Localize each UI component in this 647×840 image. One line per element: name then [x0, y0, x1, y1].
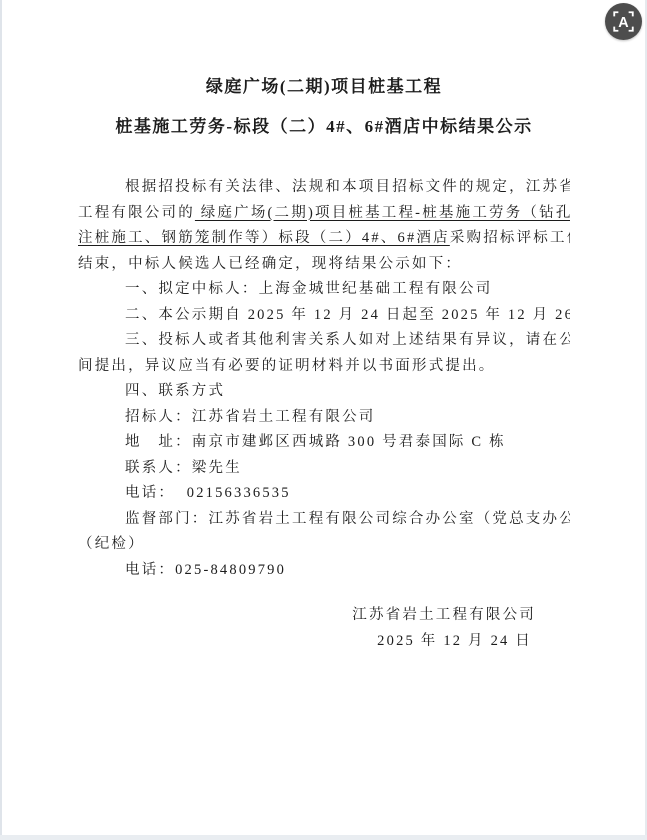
- doc-line: 三、投标人或者其他利害关系人如对上述结果有异议，请在公示期: [78, 328, 570, 354]
- underlined-text: 注桩施工、钢筋笼制作等）标段（二）4#、6#酒店: [78, 230, 450, 246]
- doc-line: 地 址：南京市建邺区西城路 300 号君泰国际 C 栋: [78, 430, 570, 456]
- doc-text: 监督部门：江苏省岩土工程有限公司综合办公室（党总支办公室）: [125, 511, 570, 527]
- document-page: A 绿庭广场(二期)项目桩基工程 桩基施工劳务-标段（二）4#、6#酒店中标结果…: [0, 77, 647, 654]
- signature-date: 2025 年 12 月 24 日: [78, 629, 532, 655]
- doc-line: 招标人：江苏省岩土工程有限公司: [78, 405, 570, 431]
- svg-text:A: A: [618, 15, 628, 31]
- doc-text: 四、联系方式: [125, 383, 225, 399]
- doc-title-line1: 绿庭广场(二期)项目桩基工程: [78, 77, 570, 97]
- doc-text: 采购招标评标工作已经: [450, 230, 570, 246]
- text-scan-icon: A: [605, 3, 642, 40]
- doc-line: 根据招投标有关法律、法规和本项目招标文件的规定，江苏省岩土: [78, 175, 570, 201]
- doc-line: 二、本公示期自 2025 年 12 月 24 日起至 2025 年 12 月 2…: [78, 303, 570, 329]
- doc-text: 地 址：南京市建邺区西城路 300 号君泰国际 C 栋: [125, 434, 506, 450]
- doc-text: 电话：025-84809790: [125, 562, 286, 578]
- doc-text: 三、投标人或者其他利害关系人如对上述结果有异议，请在公示期: [125, 332, 570, 348]
- doc-line: 电话： 02156336535: [78, 481, 570, 507]
- doc-text: 招标人：江苏省岩土工程有限公司: [125, 409, 376, 425]
- doc-line: 注桩施工、钢筋笼制作等）标段（二）4#、6#酒店采购招标评标工作已经: [78, 226, 570, 252]
- doc-title-line2: 桩基施工劳务-标段（二）4#、6#酒店中标结果公示: [78, 117, 570, 137]
- signature-block: 江苏省岩土工程有限公司 2025 年 12 月 24 日: [78, 603, 570, 654]
- doc-text: 二、本公示期自 2025 年 12 月 24 日起至 2025 年 12 月 2…: [125, 307, 570, 323]
- doc-line: 联系人：梁先生: [78, 456, 570, 482]
- doc-text: 间提出，异议应当有必要的证明材料并以书面形式提出。: [78, 358, 496, 374]
- left-edge-line: [0, 0, 2, 840]
- signature-company: 江苏省岩土工程有限公司: [78, 603, 536, 629]
- doc-text: 联系人：梁先生: [125, 460, 242, 476]
- doc-text: 工程有限公司的: [78, 205, 195, 221]
- document-content: 绿庭广场(二期)项目桩基工程 桩基施工劳务-标段（二）4#、6#酒店中标结果公示…: [0, 77, 647, 654]
- doc-line: 工程有限公司的 绿庭广场(二期)项目桩基工程-桩基施工劳务（钻孔灌: [78, 201, 570, 227]
- doc-line: 间提出，异议应当有必要的证明材料并以书面形式提出。: [78, 354, 570, 380]
- doc-line: 四、联系方式: [78, 379, 570, 405]
- doc-text: 根据招投标有关法律、法规和本项目招标文件的规定，江苏省岩土: [125, 179, 570, 195]
- bottom-edge-line: [0, 835, 647, 840]
- ocr-overlay-button[interactable]: A: [605, 3, 642, 40]
- doc-line: 电话：025-84809790: [78, 558, 570, 584]
- doc-line: 监督部门：江苏省岩土工程有限公司综合办公室（党总支办公室）: [78, 507, 570, 533]
- doc-line: （纪检）: [78, 532, 570, 558]
- document-body: 根据招投标有关法律、法规和本项目招标文件的规定，江苏省岩土工程有限公司的 绿庭广…: [78, 175, 570, 583]
- doc-text: 一、拟定中标人：上海金城世纪基础工程有限公司: [125, 281, 492, 297]
- doc-line: 一、拟定中标人：上海金城世纪基础工程有限公司: [78, 277, 570, 303]
- doc-line: 结束，中标人候选人已经确定，现将结果公示如下：: [78, 252, 570, 278]
- doc-text: 结束，中标人候选人已经确定，现将结果公示如下：: [78, 256, 462, 272]
- doc-text: 电话： 02156336535: [125, 485, 291, 501]
- underlined-text: 绿庭广场(二期)项目桩基工程-桩基施工劳务（钻孔灌: [195, 205, 570, 221]
- doc-text: （纪检）: [78, 536, 145, 552]
